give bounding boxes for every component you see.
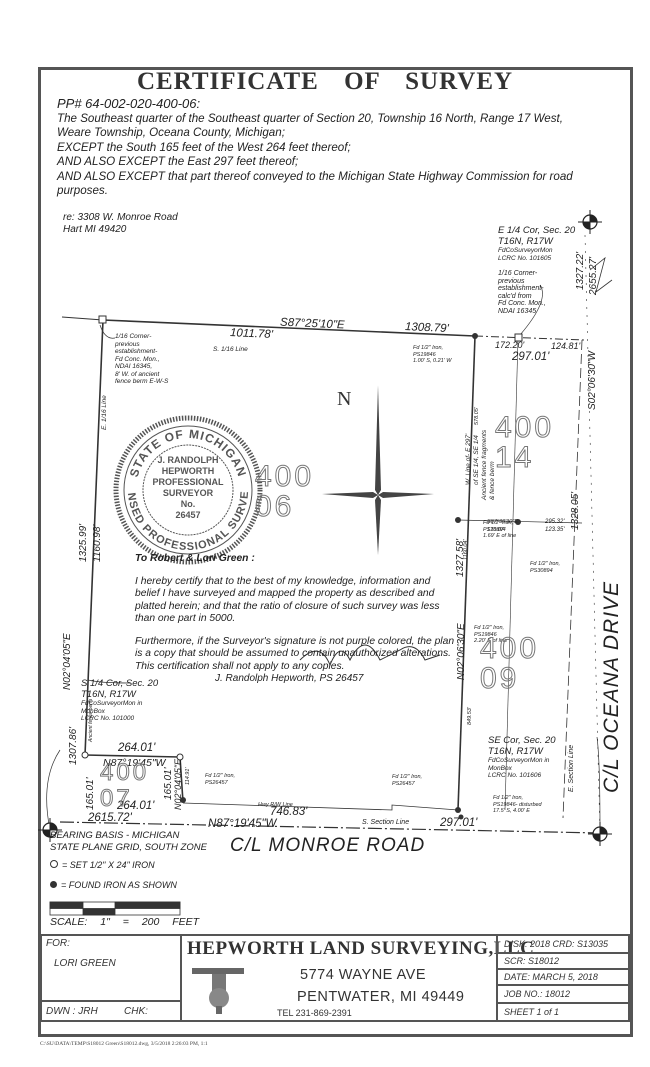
bearing-basis: BEARING BASIS - MICHIGAN STATE PLANE GRI…	[50, 830, 207, 854]
legend-found-iron: = FOUND IRON AS SHOWN	[50, 880, 177, 890]
note-line: FdCoSurveyorMon in	[488, 757, 556, 765]
date-value: DATE: MARCH 5, 2018	[504, 972, 598, 982]
seal-line: PROFESSIONAL	[148, 477, 228, 488]
note-line: NDAI 16345	[498, 308, 546, 316]
road-label-oceana: C/L OCEANA DRIVE	[600, 581, 624, 793]
dim-mid-295: 295.32'	[545, 519, 565, 525]
note-line: NDAI 16345,	[115, 363, 168, 371]
note-line: PS26457	[205, 780, 235, 787]
note-line: fence berm E-W-S	[115, 378, 168, 386]
parcel-id-sw: 400 07	[100, 760, 149, 812]
seal-line: HEPWORTH	[148, 466, 228, 477]
w-line-e297-label: W. Line of- E 297' of SE 1/4, SE 1/4	[465, 434, 480, 485]
dim-mid-bearing: S87°30'30"E	[487, 519, 518, 525]
dim-inner-578: 578.05'	[474, 407, 480, 425]
firm-phone: TEL 231-869-2391	[277, 1008, 352, 1018]
scale-label: SCALE: 1" = 200 FEET	[50, 916, 199, 928]
dim-cutout-114: 114.91'	[185, 768, 191, 785]
dim-cutout-264-top: 264.01'	[118, 742, 155, 754]
note-line: FdCoSurveyorMon	[498, 247, 575, 255]
signer-name: J. Randolph Hepworth, PS 26457	[215, 673, 363, 684]
note-line: Fd 1/2" Iron,	[392, 774, 422, 781]
parcel-id-se: 400 09	[480, 634, 539, 694]
firm-address-2: PENTWATER, MI 49449	[297, 989, 464, 1005]
disk-value: DISK: 2018 CRD: S13035	[504, 939, 608, 949]
scale-value: 200	[142, 916, 160, 928]
filled-circle-icon	[50, 881, 57, 888]
drawn-checked-box: DWN : JRH CHK:	[40, 1000, 182, 1022]
note-line: establishment-	[115, 348, 168, 356]
dim-cutout-165-w: 165.01'	[85, 778, 96, 811]
firm-box: HEPWORTH LAND SURVEYING,LLC 5774 WAYNE A…	[180, 934, 498, 1022]
parcel-id-line: 14	[495, 443, 554, 473]
job-value: JOB NO.: 18012	[504, 989, 570, 999]
note-line: Ancient fence fragments	[481, 430, 489, 500]
note-line: W. Line of- E 297'	[465, 434, 473, 485]
note-line: Fd 1/2" Iron,	[205, 773, 235, 780]
parcel-id-line: 09	[480, 664, 539, 694]
note-line: Fd 1/2" Iron,	[530, 561, 560, 568]
dim-west-1160: 1160.98'	[92, 525, 103, 562]
parcel-id-main: 400 06	[255, 462, 314, 522]
dim-south-746: 746.83'	[270, 806, 307, 818]
parcel-id-line: 400	[495, 413, 554, 443]
certification-paragraph: Furthermore, if the Surveyor's signature…	[135, 636, 455, 674]
e-quarter-corner-note: E 1/4 Cor, Sec. 20 T16N, R17W FdCoSurvey…	[498, 225, 575, 262]
dim-south-297: 297.01'	[440, 817, 477, 829]
dim-east-bearing: S02°06'30"W	[587, 351, 598, 410]
dim-east-1328: 1328.05'	[570, 492, 581, 530]
scr-value: SCR: S18012	[504, 956, 559, 966]
dim-inner-849: 849.53'	[467, 707, 473, 725]
note-line: of SE 1/4, SE 1/4	[473, 434, 481, 485]
dim-ne-297: 297.01'	[512, 351, 549, 363]
note-line: Fd 1/2" Iron,	[474, 625, 507, 632]
firm-name: HEPWORTH LAND SURVEYING,LLC	[187, 938, 534, 960]
note-line: MonBox	[488, 765, 556, 773]
iron-note-se-disturbed: Fd 1/2" Iron, PS19846- disturbed 17.5' S…	[493, 795, 542, 815]
seal-line: SURVEYOR	[148, 488, 228, 499]
certification-block: To Robert & Lori Green : I hereby certif…	[135, 553, 455, 683]
parcel-id-line: 400	[255, 462, 314, 492]
note-line: T16N, R17W	[488, 746, 556, 757]
note-line: 17.5' S, 4.00' E	[493, 808, 542, 815]
ancient-fence-east-label: Ancient fence fragments & fence berm	[481, 430, 496, 500]
dim-south-2615: 2615.72'	[88, 812, 132, 824]
dim-east-2655: 2655.27'	[588, 257, 599, 295]
dim-west-1325: 1325.99'	[78, 524, 89, 562]
note-line: previous	[498, 278, 546, 286]
file-path-footer: C:\SU\DATA\TEMP\S18012 Green\S18012.dwg,…	[40, 1041, 208, 1047]
legend-label: = FOUND IRON AS SHOWN	[61, 880, 177, 890]
dim-north-west: 1011.78'	[230, 327, 273, 341]
note-line: SE Cor, Sec. 20	[488, 735, 556, 746]
iron-note-north: Fd 1/2" Iron, PS19846 1.00' S, 0.21' W	[413, 345, 451, 365]
transit-instrument-icon	[190, 962, 260, 1017]
dim-east-1327: 1327.22'	[575, 252, 586, 290]
parcel-id-line: 400	[100, 760, 149, 786]
note-line: Fd Conc. Mon.,	[498, 300, 546, 308]
certification-addressee: To Robert & Lori Green :	[135, 553, 455, 566]
seal-line: J. RANDOLPH	[148, 455, 228, 466]
nw-sixteenth-corner-note: 1/16 Corner- previous establishment- Fd …	[115, 333, 168, 386]
legend-set-iron: = SET 1/2" X 24" IRON	[50, 860, 155, 870]
dim-ne-172: 172.20'	[495, 340, 524, 350]
basis-line: BEARING BASIS - MICHIGAN	[50, 830, 207, 842]
dim-west-bearing: N02°04'05"E	[62, 633, 73, 690]
note-line: LCRC No. 101606	[488, 772, 556, 780]
open-circle-icon	[50, 860, 58, 868]
ne-sixteenth-corner-note: 1/16 Corner- previous establishment- cal…	[498, 270, 546, 315]
dim-inner-bearing: N02°06'30"E	[456, 623, 467, 680]
checked-by: CHK:	[124, 1006, 148, 1017]
dim-sw-1307: 1307.86'	[68, 727, 79, 765]
for-label: FOR:	[46, 938, 70, 949]
dim-south-bearing: N87°19'45"W	[208, 818, 276, 830]
e-section-line-label: E. Section Line	[568, 745, 576, 792]
iron-note-se-parcel: Fd 1/2" Iron, PS26457	[392, 774, 422, 787]
note-line: 8' W. of ancient	[115, 371, 168, 379]
firm-address-1: 5774 WAYNE AVE	[300, 967, 426, 983]
legend-label: = SET 1/2" X 24" IRON	[62, 860, 155, 870]
surveyor-seal: J. RANDOLPH HEPWORTH PROFESSIONAL SURVEY…	[148, 455, 228, 521]
note-line: E 1/4 Cor, Sec. 20	[498, 225, 575, 236]
certification-paragraph: I hereby certify that to the best of my …	[135, 576, 455, 626]
note-line: previous	[115, 341, 168, 349]
note-line: calc'd from	[498, 293, 546, 301]
drawn-by: DWN : JRH	[46, 1006, 98, 1017]
dim-ne-124: 124.81'	[551, 341, 580, 351]
job-row: JOB NO.: 18012	[496, 984, 630, 1004]
note-line: 1.00' S, 0.21' W	[413, 358, 451, 365]
seal-line: No.	[148, 499, 228, 510]
iron-note-mid-east: Fd 1/2" Iron, PS30894	[530, 561, 560, 574]
note-line: 1/16 Corner-	[115, 333, 168, 341]
note-line: T16N, R17W	[498, 236, 575, 247]
seal-line: 26457	[148, 510, 228, 521]
note-line: PS26457	[392, 781, 422, 788]
scale-unit: FEET	[172, 916, 199, 928]
parcel-id-line: 06	[255, 492, 314, 522]
parcel-id-line: 07	[100, 786, 149, 812]
north-label: N	[337, 388, 351, 411]
note-line: PS30894	[530, 568, 560, 575]
dim-mid-123: 123.35'	[545, 527, 565, 533]
se-corner-note: SE Cor, Sec. 20 T16N, R17W FdCoSurveyorM…	[488, 735, 556, 780]
note-line: 1.69' E of line	[483, 533, 516, 540]
dim-inner-1160: 1160.04'	[463, 539, 469, 560]
iron-note-sw-parcel: Fd 1/2" Iron, PS26457	[205, 773, 235, 786]
dim-mid-173: 173.07'	[487, 527, 505, 533]
sheet-row: SHEET 1 of 1	[496, 1002, 630, 1022]
client-name: LORI GREEN	[54, 958, 116, 969]
parcel-id-east: 400 14	[495, 413, 554, 473]
dim-north-total: 1308.79'	[405, 321, 449, 335]
client-box: FOR: LORI GREEN	[40, 934, 182, 1002]
basis-line: STATE PLANE GRID, SOUTH ZONE	[50, 842, 207, 854]
note-line: Fd Conc. Mon.,	[115, 356, 168, 364]
parcel-id-line: 400	[480, 634, 539, 664]
s-sixteenth-line-label: S. 1/16 Line	[213, 346, 248, 354]
scale-prefix: SCALE: 1" =	[50, 916, 129, 928]
note-line: establishment-	[498, 285, 546, 293]
note-line: LCRC No. 101605	[498, 255, 575, 263]
sheet-value: SHEET 1 of 1	[504, 1007, 559, 1017]
e-sixteenth-line-label: E. 1/16 Line	[101, 395, 109, 430]
s-section-line-label: S. Section Line	[362, 819, 409, 827]
dim-cutout-bearing-e: N02°04'05"E	[173, 759, 183, 810]
disk-row: DISK: 2018 CRD: S13035	[496, 934, 630, 954]
ancient-fence-west-label: Ancient fence berm	[88, 699, 96, 742]
note-line: 1/16 Corner-	[498, 270, 546, 278]
road-label-monroe: C/L MONROE ROAD	[230, 835, 425, 857]
